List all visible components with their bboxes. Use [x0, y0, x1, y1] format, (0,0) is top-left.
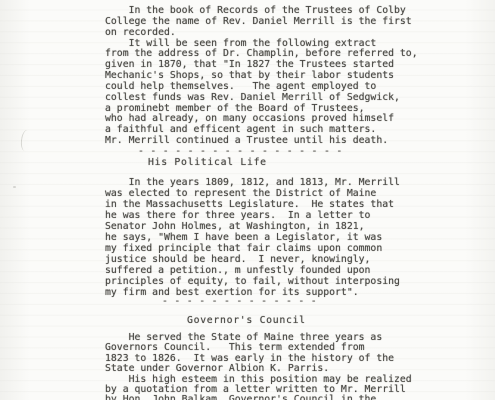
text-line: he was there for three years. In a lette…	[105, 210, 465, 221]
political-life-heading: His Political Life	[148, 157, 465, 168]
text-line: he says, "Whem I have been a Legislator,…	[105, 232, 465, 243]
political-life-paragraph: In the years 1809, 1812, and 1813, Mr. M…	[105, 177, 465, 298]
text-line: my fixed principle that fair claims upon…	[105, 243, 465, 254]
text-line: State under Governor Albion K. Parris.	[105, 364, 465, 374]
section-separator: - - - - - - - - - - - - - - - - -	[138, 146, 465, 157]
typewritten-page: In the book of Records of the Trustees o…	[0, 0, 495, 400]
text-line: suffered a petition., m unfestly founded…	[105, 265, 465, 276]
text-line: was elected to represent the District of…	[105, 188, 465, 199]
text-line: Senator John Holmes, at Washington, in 1…	[105, 221, 465, 232]
text-line: principles of equity, to fail, without i…	[105, 276, 465, 287]
page-text: In the book of Records of the Trustees o…	[105, 6, 465, 400]
text-line: justice should be heard. I never, knowin…	[105, 254, 465, 265]
governors-council-paragraph: He served the State of Maine three years…	[105, 333, 465, 400]
text-line: in the Massachusetts Legislature. He sta…	[105, 199, 465, 210]
text-line: In the years 1809, 1812, and 1813, Mr. M…	[105, 177, 465, 188]
trustees-paragraph: In the book of Records of the Trustees o…	[105, 6, 465, 147]
text-line: collest funds was Rev. Daniel Merrill of…	[105, 93, 465, 104]
text-line: by Hon. John Balkam, Governor's Council …	[105, 395, 465, 400]
scan-dot-mark	[13, 186, 16, 188]
text-line: on recorded.	[105, 28, 465, 39]
section-separator: - - - - - - - - - - - - -	[162, 296, 465, 307]
scan-smudge-mark	[20, 129, 32, 151]
governors-council-heading: Governor's Council	[187, 315, 465, 326]
